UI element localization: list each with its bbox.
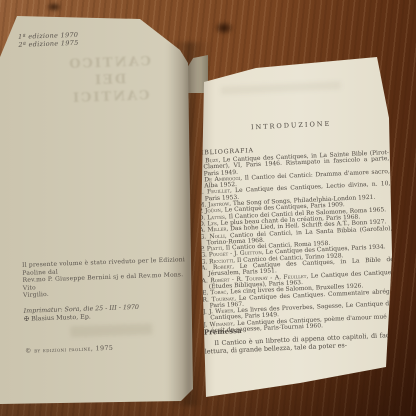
wood-knot (214, 21, 234, 35)
bibliography-list: D. Buzy, Le Cantique des Cantiques, in L… (196, 150, 397, 335)
revision-note: Il presente volume è stato riveduto per … (22, 256, 195, 300)
showthrough-line: DEI CANTICI (53, 70, 166, 108)
showthrough-smudge (70, 323, 152, 337)
wood-knot (46, 2, 62, 12)
edition-line-2: 2ª edizione 1975 (18, 39, 78, 49)
edition-notes: 1ª edizione 1970 2ª edizione 1975 (18, 32, 79, 49)
showthrough-smudge (221, 81, 341, 94)
showthrough-title: CANTICO DEI CANTICI (53, 53, 167, 108)
right-page-content: INTRODUZIONE BIBLIOGRAFIA D. Buzy, Le Ca… (190, 61, 402, 400)
imprimatur-block: Imprimatur: Sora, die 25 - III - 1970 ✠ … (24, 304, 140, 324)
chapter-header: INTRODUZIONE (193, 117, 390, 134)
open-book-photo: CANTICO DEI CANTICI 1ª edizione 1970 2ª … (0, 0, 416, 416)
premessa-heading: Premessa (204, 326, 242, 337)
copyright-line: © by edizioni paoline, 1975 (25, 345, 113, 355)
left-page-content: CANTICO DEI CANTICI 1ª edizione 1970 2ª … (14, 28, 198, 394)
